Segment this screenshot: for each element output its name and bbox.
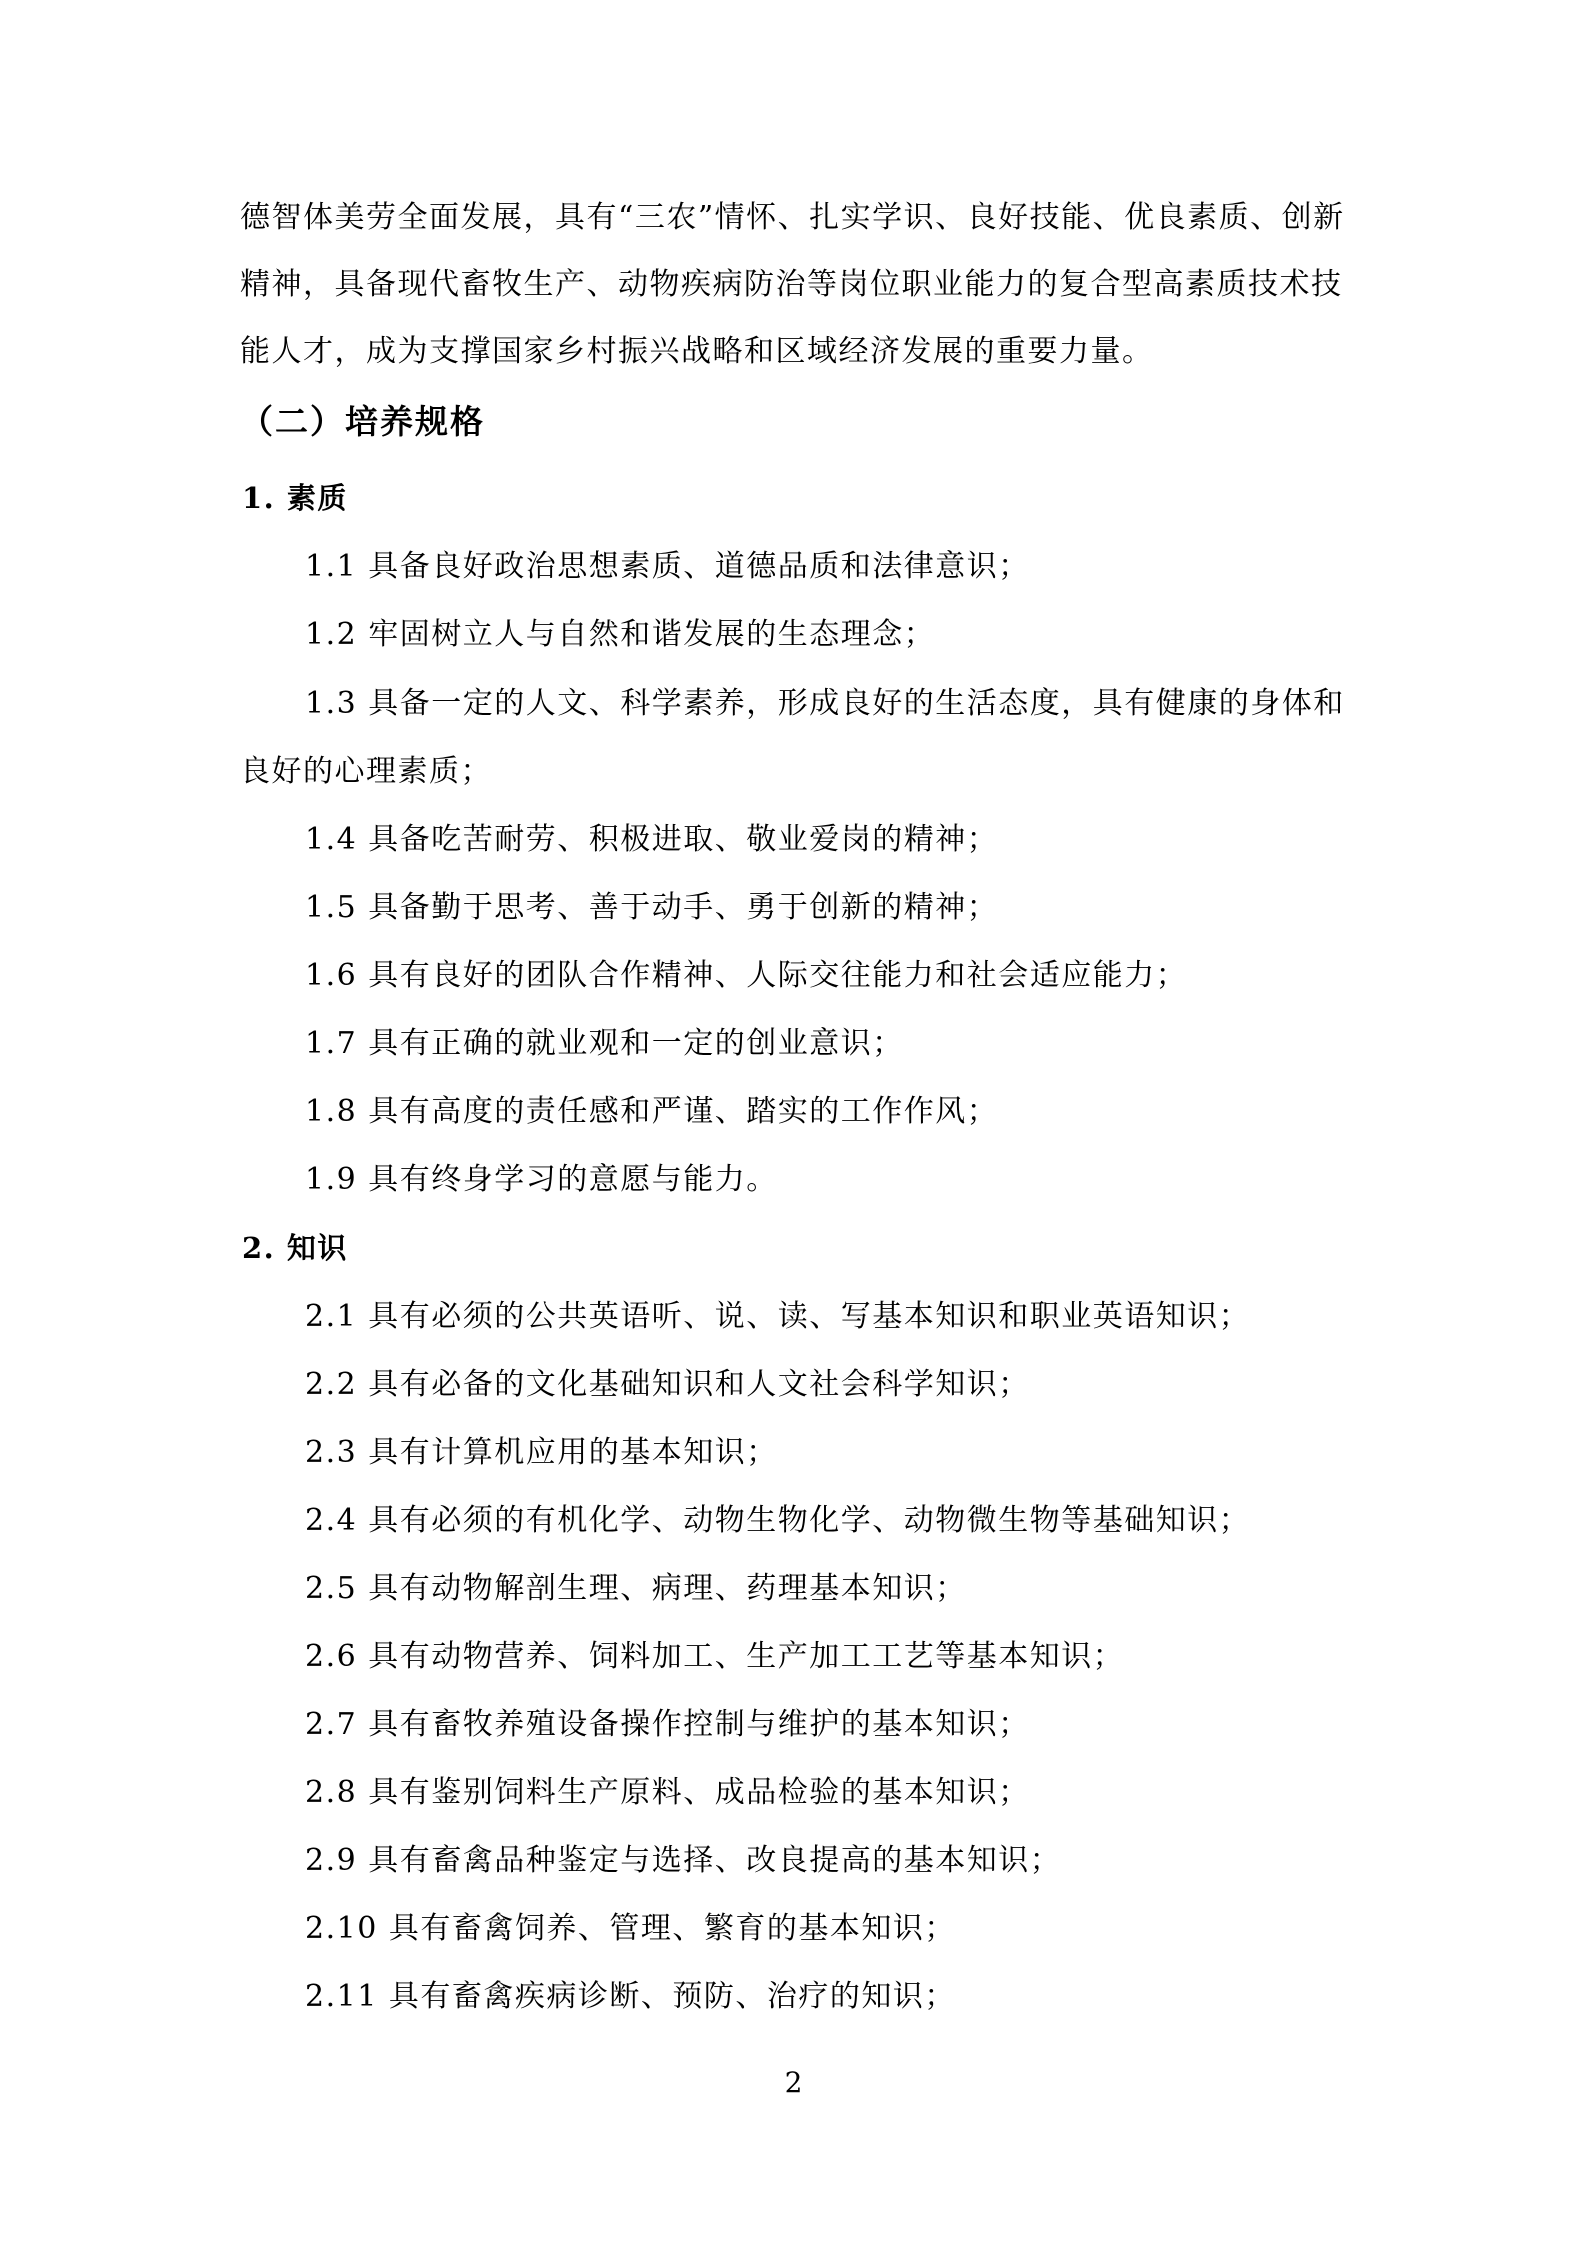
intro-line-3: 能人才，成为支撑国家乡村振兴战略和区域经济发展的重要力量。 [240, 332, 1154, 372]
list-item: 2.2 具有必备的文化基础知识和人文社会科学知识； [305, 1365, 1030, 1405]
intro-line-1: 德智体美劳全面发展，具有“三农”情怀、扎实学识、良好技能、优良素质、创新 [240, 198, 1345, 238]
list-item: 2.4 具有必须的有机化学、动物生物化学、动物微生物等基础知识； [305, 1501, 1250, 1541]
subsection-title-quality: 1. 素质 [242, 478, 348, 518]
list-item: 2.11 具有畜禽疾病诊断、预防、治疗的知识； [305, 1977, 956, 2017]
list-item: 1.2 牢固树立人与自然和谐发展的生态理念； [305, 615, 935, 655]
list-item: 1.7 具有正确的就业观和一定的创业意识； [305, 1024, 904, 1064]
list-item: 1.3 具备一定的人文、科学素养，形成良好的生活态度，具有健康的身体和 [305, 684, 1345, 724]
list-item-continuation: 良好的心理素质； [240, 752, 492, 792]
list-item: 2.8 具有鉴别饲料生产原料、成品检验的基本知识； [305, 1773, 1030, 1813]
list-item: 2.10 具有畜禽饲养、管理、繁育的基本知识； [305, 1909, 956, 1949]
list-item: 2.6 具有动物营养、饲料加工、生产加工工艺等基本知识； [305, 1637, 1124, 1677]
document-page: 德智体美劳全面发展，具有“三农”情怀、扎实学识、良好技能、优良素质、创新 精神，… [0, 0, 1587, 2245]
subsection-title-knowledge: 2. 知识 [242, 1228, 348, 1268]
list-item: 2.9 具有畜禽品种鉴定与选择、改良提高的基本知识； [305, 1841, 1061, 1881]
list-item: 2.1 具有必须的公共英语听、说、读、写基本知识和职业英语知识； [305, 1297, 1250, 1337]
list-item: 1.4 具备吃苦耐劳、积极进取、敬业爱岗的精神； [305, 820, 998, 860]
list-item: 1.6 具有良好的团队合作精神、人际交往能力和社会适应能力； [305, 956, 1187, 996]
list-item: 1.1 具备良好政治思想素质、道德品质和法律意识； [305, 547, 1030, 587]
intro-line-2: 精神，具备现代畜牧生产、动物疾病防治等岗位职业能力的复合型高素质技术技 [240, 265, 1343, 305]
list-item: 2.3 具有计算机应用的基本知识； [305, 1433, 778, 1473]
list-item: 2.5 具有动物解剖生理、病理、药理基本知识； [305, 1569, 967, 1609]
list-item: 1.8 具有高度的责任感和严谨、踏实的工作作风； [305, 1092, 998, 1132]
list-item: 2.7 具有畜牧养殖设备操作控制与维护的基本知识； [305, 1705, 1030, 1745]
list-item: 1.9 具有终身学习的意愿与能力。 [305, 1160, 778, 1200]
page-number: 2 [0, 2065, 1587, 2101]
section-title: （二）培养规格 [240, 402, 485, 442]
list-item: 1.5 具备勤于思考、善于动手、勇于创新的精神； [305, 888, 998, 928]
